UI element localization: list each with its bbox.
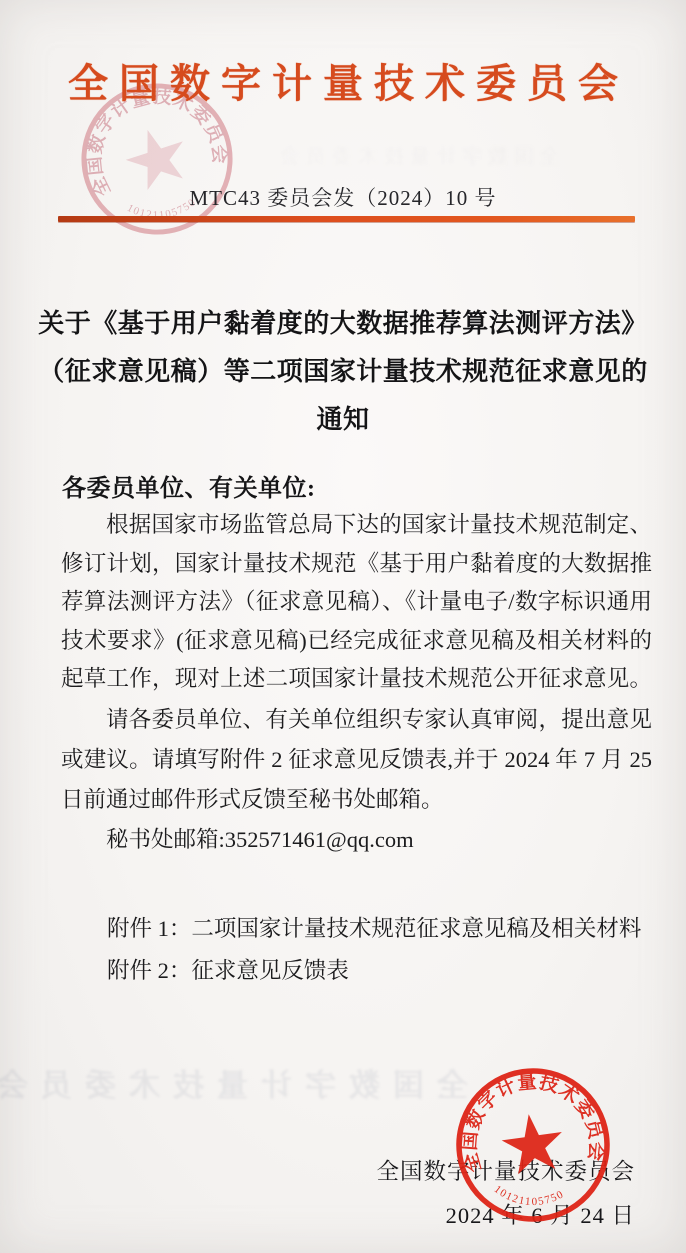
body-line: 修订计划，国家计量技术规范《基于用户黏着度的大数据推 bbox=[61, 545, 652, 584]
secretariat-email-line: 秘书处邮箱:352571461@qq.com bbox=[61, 820, 652, 860]
body-line: 起草工作，现对上述二项国家计量技术规范公开征求意见。 bbox=[61, 660, 652, 699]
body-line: 或建议。请填写附件 2 征求意见反馈表,并于 2024 年 7 月 25 bbox=[61, 740, 652, 780]
notice-title: 关于《基于用户黏着度的大数据推荐算法测评方法》 （征求意见稿）等二项国家计量技术… bbox=[30, 300, 656, 444]
attachment-item-1: 附件 1：二项国家计量技术规范征求意见稿及相关材料 bbox=[61, 908, 652, 950]
attachment-item-2: 附件 2：征求意见反馈表 bbox=[61, 950, 652, 992]
paragraph-1: 根据国家市场监管总局下达的国家计量技术规范制定、 修订计划，国家计量技术规范《基… bbox=[61, 506, 652, 699]
signature-date: 2024 年 6 月 24 日 bbox=[446, 1198, 635, 1230]
paragraph-2: 请各委员单位、有关单位组织专家认真审阅，提出意见 或建议。请填写附件 2 征求意… bbox=[61, 700, 652, 860]
bleed-through-text-top: 全国数字计量技术委员会 bbox=[260, 140, 560, 169]
notice-title-line-2: （征求意见稿）等二项国家计量技术规范征求意见的 bbox=[30, 348, 656, 396]
body-line: 技术要求》(征求意见稿)已经完成征求意见稿及相关材料的 bbox=[61, 622, 652, 661]
body-line: 根据国家市场监管总局下达的国家计量技术规范制定、 bbox=[61, 506, 652, 545]
red-separator-rule bbox=[58, 216, 635, 222]
signature-organization: 全国数字计量技术委员会 bbox=[376, 1154, 635, 1186]
committee-header-title: 全国数字计量技术委员会 bbox=[0, 52, 686, 109]
body-line: 日前通过邮件形式反馈至秘书处邮箱。 bbox=[61, 780, 652, 820]
notice-title-line-3: 通知 bbox=[30, 396, 656, 444]
body-line: 请各委员单位、有关单位组织专家认真审阅，提出意见 bbox=[61, 700, 652, 740]
scanned-notice-page: 全国数字计量技术委员会 全国数字计量技术委员会 全国数字计量技术委员会 1012… bbox=[0, 0, 686, 1253]
notice-title-line-1: 关于《基于用户黏着度的大数据推荐算法测评方法》 bbox=[30, 300, 656, 348]
attachments-list: 附件 1：二项国家计量技术规范征求意见稿及相关材料 附件 2：征求意见反馈表 bbox=[61, 908, 652, 992]
bleed-through-text: 全国数字计量技术委员会 bbox=[48, 1060, 468, 1105]
document-number: MTC43 委员会发（2024）10 号 bbox=[0, 182, 686, 212]
salutation: 各委员单位、有关单位: bbox=[62, 468, 316, 503]
body-line: 荐算法测评方法》（征求意见稿）、《计量电子/数字标识通用 bbox=[61, 583, 652, 622]
